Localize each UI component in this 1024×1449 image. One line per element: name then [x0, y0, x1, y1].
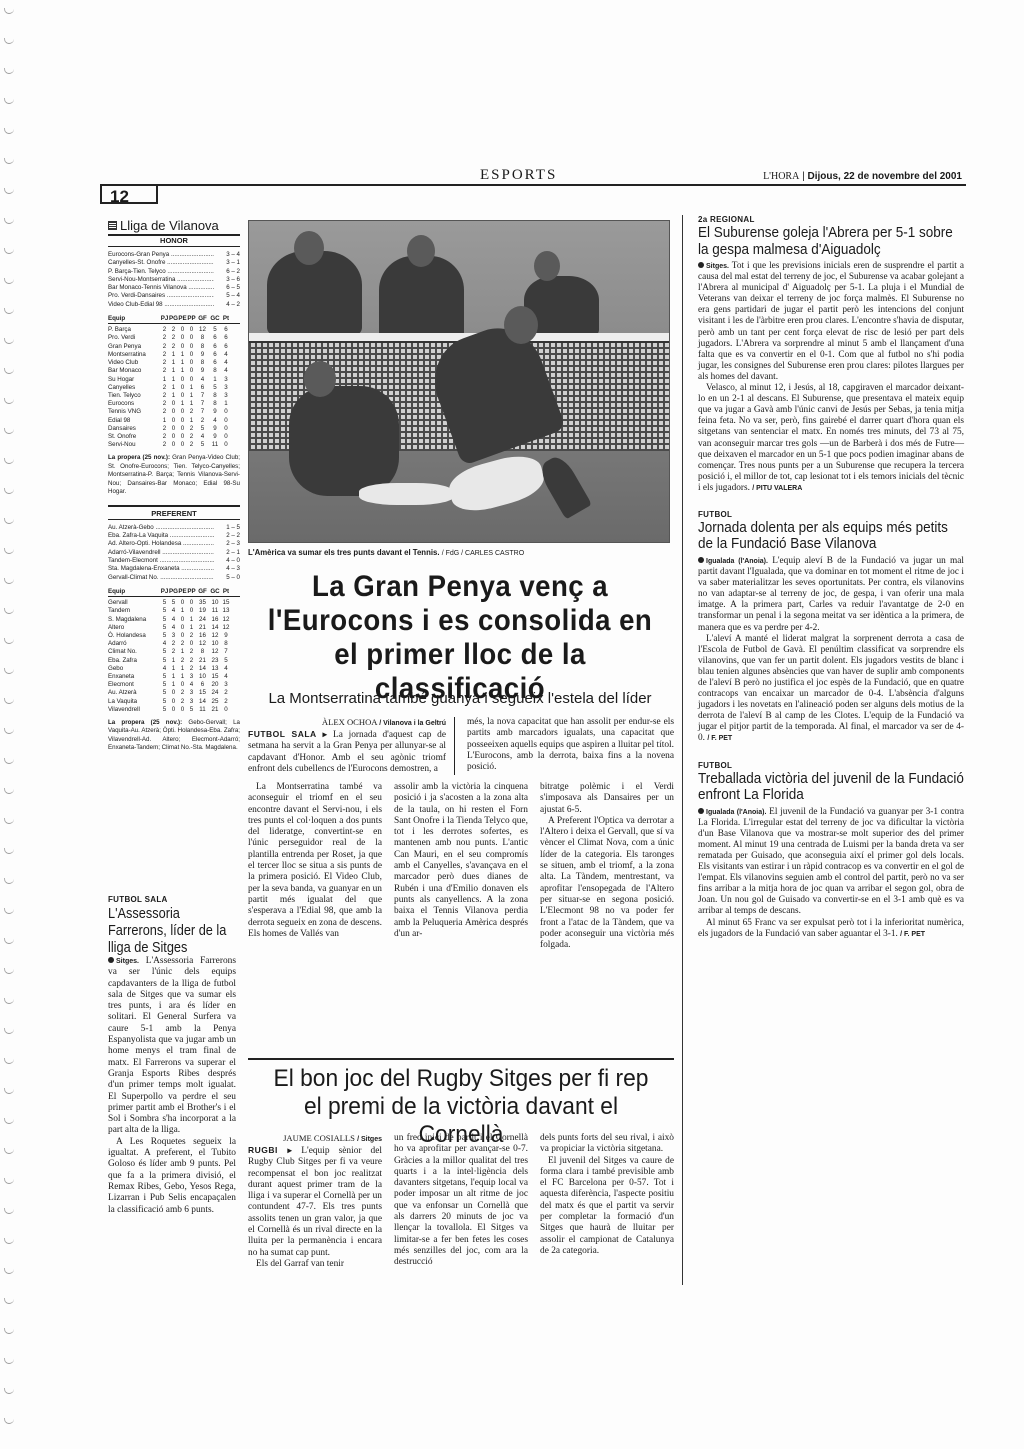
standings-row: Climat No.52128127: [108, 648, 240, 656]
stat-cell: 1: [169, 392, 178, 400]
stat-cell: 3: [221, 376, 231, 384]
result-row: Pro. Verdi-Dansaires5 – 4: [108, 292, 240, 300]
stat-cell: 5: [169, 599, 178, 607]
stat-cell: 2: [160, 441, 169, 449]
team-name: Bar Monaco: [108, 367, 160, 375]
story-location: Igualada (l'Anoia).: [706, 809, 766, 816]
stat-cell: 8: [196, 334, 209, 342]
stat-cell: 0: [221, 706, 231, 714]
result-row: Tandem-Elecmont4 – 0: [108, 557, 240, 565]
intro-column-1: ÀLEX OCHOA / Vilanova i la Geltrú FUTBOL…: [248, 717, 455, 775]
stat-cell: 0: [169, 706, 178, 714]
preferent-results: Au. Atzerà-Gebo1 – 5Eba. Zafra-La Vaquit…: [108, 524, 240, 582]
standings-row: St. Onofre2002490: [108, 433, 240, 441]
stat-cell: 5: [160, 673, 169, 681]
stat-cell: 6: [221, 326, 231, 334]
stat-cell: 4: [169, 616, 178, 624]
stat-cell: 4: [169, 607, 178, 615]
match-score: 2 – 3: [214, 540, 240, 548]
standings-row: Video Club2110864: [108, 359, 240, 367]
match-name: Tandem-Elecmont: [108, 557, 214, 565]
stat-cell: 6: [209, 343, 221, 351]
team-name: Tien. Telyco: [108, 392, 160, 400]
standings-row: La Vaquita502314252: [108, 698, 240, 706]
header-rule: [100, 184, 966, 186]
stat-cell: 2: [187, 648, 196, 656]
stat-cell: 5: [160, 632, 169, 640]
stat-cell: 7: [196, 392, 209, 400]
stat-cell: 12: [209, 648, 221, 656]
stat-cell: 5: [209, 384, 221, 392]
body-column-3b: A Preferent l'Optica va derrotar a l'Alt…: [540, 816, 674, 952]
stat-cell: 8: [196, 359, 209, 367]
main-intro: ÀLEX OCHOA / Vilanova i la Geltrú FUTBOL…: [248, 717, 674, 775]
stat-cell: 2: [187, 425, 196, 433]
stat-cell: 5: [160, 624, 169, 632]
honor-standings: EquipPJPGPEPPGFGCPt P. Barça22001256Pro.…: [108, 315, 240, 449]
caption-text: L'Amèrica va sumar els tres punts davant…: [248, 548, 440, 557]
team-name: Elecmont: [108, 681, 160, 689]
stat-cell: 2: [169, 326, 178, 334]
stat-cell: 2: [160, 384, 169, 392]
stat-cell: 11: [209, 607, 221, 615]
result-row: Canyelles-St. Onofre3 – 1: [108, 259, 240, 267]
result-row: P. Barça-Tien. Telyco6 – 2: [108, 268, 240, 276]
intro-column-2: més, la nova capacitat que han assolit p…: [467, 717, 674, 775]
result-row: Sta. Magdalena-Enxaneta4 – 3: [108, 565, 240, 573]
team-name: Eurocons: [108, 400, 160, 408]
stat-cell: 6: [221, 343, 231, 351]
result-row: Video Club-Edial 984 – 2: [108, 301, 240, 309]
stat-cell: 8: [209, 367, 221, 375]
stat-cell: 8: [221, 640, 231, 648]
team-name: Gran Penya: [108, 343, 160, 351]
standings-row: Canyelles2101653: [108, 384, 240, 392]
stat-cell: 0: [178, 632, 187, 640]
stat-cell: 2: [169, 648, 178, 656]
match-score: 2 – 1: [214, 549, 240, 557]
stat-cell: 0: [187, 359, 196, 367]
stat-cell: 5: [160, 681, 169, 689]
match-name: Pro. Verdi-Dansaires: [108, 292, 214, 300]
team-name: Tandem: [108, 607, 160, 615]
column-header: PE: [178, 315, 187, 323]
stat-cell: 0: [169, 441, 178, 449]
stat-cell: 3: [221, 681, 231, 689]
column-header: GF: [196, 315, 209, 323]
honor-standings-header: EquipPJPGPEPPGFGCPt: [108, 315, 240, 324]
team-name: Climat No.: [108, 648, 160, 656]
stat-cell: 1: [160, 376, 169, 384]
stat-cell: 5: [221, 657, 231, 665]
story-paragraph: L'Assessoria Farrerons va ser l'únic del…: [108, 956, 236, 1135]
section-title: ESPORTS: [480, 167, 557, 184]
rugby-body-columns: JAUME COSIALLS / Sitges RUGBI ▸ L'equip …: [248, 1133, 674, 1270]
standings-row: Servi-Nou20025110: [108, 441, 240, 449]
stat-cell: 21: [196, 657, 209, 665]
column-header: GF: [196, 588, 209, 596]
stat-cell: 1: [187, 392, 196, 400]
stat-cell: 6: [196, 681, 209, 689]
preferent-next-fixtures: La propera (25 nov.): Gebo-Gervall; La V…: [108, 719, 240, 753]
stat-cell: 1: [178, 673, 187, 681]
story-paragraph: El juvenil de la Fundació va guanyar per…: [698, 807, 964, 917]
rugby-text: Els del Garraf van tenir: [248, 1259, 382, 1270]
stat-cell: 2: [196, 417, 209, 425]
standings-row: Tennis VNG2002790: [108, 408, 240, 416]
bullet-icon: [698, 262, 704, 268]
stat-cell: 8: [209, 392, 221, 400]
stat-cell: 0: [169, 400, 178, 408]
team-name: Su Hogar: [108, 376, 160, 384]
bullet-icon: [698, 557, 704, 563]
team-name: Altero: [108, 624, 160, 632]
column-header: PJ: [160, 315, 169, 323]
stat-cell: 1: [178, 359, 187, 367]
stat-cell: 0: [178, 334, 187, 342]
team-name: La Vaquita: [108, 698, 160, 706]
honor-results: Eurocons-Gran Penya3 – 4Canyelles-St. On…: [108, 251, 240, 309]
team-name: Gervall: [108, 599, 160, 607]
stat-cell: 5: [187, 706, 196, 714]
match-score: 2 – 2: [214, 532, 240, 540]
main-deck: La Montserratina també guanya i segueix …: [250, 690, 670, 707]
column-header: PG: [169, 315, 178, 323]
standings-row: P. Barça22001256: [108, 326, 240, 334]
stat-cell: 1: [169, 665, 178, 673]
runin-label: RUGBI ▸: [248, 1145, 292, 1155]
story-title: Treballada victòria del juvenil de la Fu…: [698, 771, 964, 804]
standings-row: Gebo411214134: [108, 665, 240, 673]
stat-cell: 2: [169, 334, 178, 342]
photo-caption: L'Amèrica va sumar els tres punts davant…: [248, 548, 678, 557]
stat-cell: 2: [160, 392, 169, 400]
stat-cell: 0: [169, 698, 178, 706]
stat-cell: 0: [169, 425, 178, 433]
stat-cell: 0: [221, 417, 231, 425]
team-name: Servi-Nou: [108, 441, 160, 449]
stat-cell: 15: [196, 689, 209, 697]
stat-cell: 6: [196, 384, 209, 392]
stat-cell: 2: [178, 689, 187, 697]
column-header: PJ: [160, 588, 169, 596]
stat-cell: 6: [221, 334, 231, 342]
stat-cell: 8: [196, 343, 209, 351]
stat-cell: 2: [187, 657, 196, 665]
stat-cell: 0: [221, 425, 231, 433]
match-name: Canyelles-St. Onofre: [108, 259, 214, 267]
standings-row: Gervall5500351015: [108, 599, 240, 607]
stat-cell: 1: [187, 616, 196, 624]
stat-cell: 1: [178, 351, 187, 359]
standings-row: S. Magdalena5401241612: [108, 616, 240, 624]
standings-row: Eurocons2011781: [108, 400, 240, 408]
team-name: Vilavendrell: [108, 706, 160, 714]
rugby-text: dels punts forts del seu rival, i això v…: [540, 1133, 674, 1156]
byline-place: / Vilanova i la Geltrú: [379, 720, 446, 727]
story-signature: / PITU VALERA: [752, 485, 802, 492]
stat-cell: 19: [196, 607, 209, 615]
stat-cell: 4: [169, 624, 178, 632]
stat-cell: 4: [221, 351, 231, 359]
stat-cell: 0: [178, 376, 187, 384]
bullet-icon: [698, 808, 704, 814]
stat-cell: 0: [169, 417, 178, 425]
bullet-icon: [108, 957, 114, 963]
honor-next-fixtures: La propera (25 nov.): Gran Penya-Video C…: [108, 454, 240, 497]
team-name: Pro. Verdi: [108, 334, 160, 342]
rugby-text: un fred inici de partit i el Cornellà ho…: [394, 1133, 528, 1269]
stat-cell: 2: [169, 343, 178, 351]
stat-cell: 1: [169, 351, 178, 359]
stat-cell: 0: [187, 343, 196, 351]
team-name: S. Magdalena: [108, 616, 160, 624]
column-header: GC: [209, 588, 221, 596]
stat-cell: 3: [187, 689, 196, 697]
stat-cell: 12: [221, 624, 231, 632]
preferent-standings: EquipPJPGPEPPGFGCPt Gervall5500351015Tan…: [108, 588, 240, 714]
stat-cell: 0: [187, 640, 196, 648]
column-rule: [682, 215, 683, 1285]
stat-cell: 21: [196, 624, 209, 632]
stat-cell: 0: [187, 376, 196, 384]
stat-cell: 1: [169, 376, 178, 384]
stat-cell: 35: [196, 599, 209, 607]
byline: ÀLEX OCHOA / Vilanova i la Geltrú: [248, 717, 446, 729]
stat-cell: 2: [160, 408, 169, 416]
stat-cell: 0: [178, 441, 187, 449]
stat-cell: 4: [221, 367, 231, 375]
stat-cell: 4: [221, 359, 231, 367]
stat-cell: 5: [209, 326, 221, 334]
column-header: GC: [209, 315, 221, 323]
match-name: Eurocons-Gran Penya: [108, 251, 214, 259]
match-name: Gervall-Climat No.: [108, 574, 214, 582]
standings-row: Tien. Telyco2101783: [108, 392, 240, 400]
stat-cell: 2: [160, 359, 169, 367]
stat-cell: 7: [196, 400, 209, 408]
league-title-text: Lliga de Vilanova: [120, 218, 219, 233]
stat-cell: 14: [196, 665, 209, 673]
stat-cell: 2: [187, 632, 196, 640]
stat-cell: 4: [160, 640, 169, 648]
stat-cell: 24: [209, 689, 221, 697]
stat-cell: 0: [178, 417, 187, 425]
story-paragraph: A Les Roquetes segueix la igualtat. A pr…: [108, 1137, 236, 1216]
stat-cell: 1: [209, 376, 221, 384]
stat-cell: 1: [187, 400, 196, 408]
match-score: 4 – 2: [214, 301, 240, 309]
stat-cell: 0: [178, 326, 187, 334]
stat-cell: 2: [221, 698, 231, 706]
standings-row: Eba. Zafra512221235: [108, 657, 240, 665]
team-name: Au. Atzerà: [108, 689, 160, 697]
standings-row: Altero5401211412: [108, 624, 240, 632]
result-row: Bar Monaco-Tennis Vilanova6 – 5: [108, 284, 240, 292]
stat-cell: 1: [221, 400, 231, 408]
stat-cell: 2: [221, 689, 231, 697]
stat-cell: 0: [178, 425, 187, 433]
story-title: Jornada dolenta per als equips més petit…: [698, 520, 964, 553]
stat-cell: 1: [169, 384, 178, 392]
stat-cell: 15: [209, 673, 221, 681]
stat-cell: 2: [160, 400, 169, 408]
story-kicker: FUTBOL SALA: [108, 895, 236, 904]
match-score: 1 – 5: [214, 524, 240, 532]
stat-cell: 20: [209, 681, 221, 689]
standings-row: Montserratina2110964: [108, 351, 240, 359]
stat-cell: 1: [169, 673, 178, 681]
stat-cell: 2: [178, 640, 187, 648]
stat-cell: 11: [209, 441, 221, 449]
match-score: 6 – 2: [214, 268, 240, 276]
stat-cell: 5: [160, 607, 169, 615]
stat-cell: 0: [187, 607, 196, 615]
brief-fundacio-alevi: FUTBOL Jornada dolenta per als equips mé…: [698, 510, 964, 745]
binding-holes: [4, 0, 18, 1449]
page-number: 12: [110, 187, 129, 207]
stat-cell: 0: [178, 599, 187, 607]
stat-cell: 14: [196, 698, 209, 706]
team-name: P. Barça: [108, 326, 160, 334]
team-name: Montserratina: [108, 351, 160, 359]
stat-cell: 9: [209, 408, 221, 416]
team-name: Adarró: [108, 640, 160, 648]
team-name: Ò. Holandesa: [108, 632, 160, 640]
stat-cell: 8: [209, 400, 221, 408]
stat-cell: 1: [178, 607, 187, 615]
result-row: Ad. Altero-Òpti. Holandesa2 – 3: [108, 540, 240, 548]
stat-cell: 9: [221, 632, 231, 640]
stat-cell: 0: [169, 433, 178, 441]
team-name: Enxaneta: [108, 673, 160, 681]
stat-cell: 0: [187, 334, 196, 342]
stat-cell: 5: [160, 706, 169, 714]
rugby-text: L'equip sènior del Rugby Club Sitges per…: [248, 1146, 382, 1258]
stat-cell: 0: [178, 392, 187, 400]
stat-cell: 24: [196, 616, 209, 624]
stat-cell: 5: [160, 599, 169, 607]
byline-name: JAUME COSIALLS: [283, 1133, 355, 1143]
match-score: 5 – 0: [214, 574, 240, 582]
stat-cell: 1: [187, 624, 196, 632]
photo-credit: / FdG / CARLES CASTRO: [442, 550, 524, 557]
stat-cell: 6: [209, 334, 221, 342]
standings-row: Su Hogar1100413: [108, 376, 240, 384]
result-row: Eurocons-Gran Penya3 – 4: [108, 251, 240, 259]
stat-cell: 12: [196, 640, 209, 648]
column-header: PP: [187, 588, 196, 596]
stat-cell: 9: [209, 425, 221, 433]
story-kicker: 2a REGIONAL: [698, 215, 964, 224]
stat-cell: 4: [196, 376, 209, 384]
main-headline: La Gran Penya venç a l'Eurocons i es con…: [267, 570, 653, 706]
match-name: Eba. Zafra-La Vaquita: [108, 532, 214, 540]
league-title: Lliga de Vilanova: [108, 218, 240, 233]
stat-cell: 2: [160, 351, 169, 359]
match-name: Sta. Magdalena-Enxaneta: [108, 565, 214, 573]
stat-cell: 1: [169, 359, 178, 367]
divider: [108, 505, 240, 507]
stat-cell: 7: [196, 408, 209, 416]
stat-cell: 2: [160, 334, 169, 342]
standings-row: Elecmont51046203: [108, 681, 240, 689]
stat-cell: 0: [221, 408, 231, 416]
stat-cell: 13: [209, 665, 221, 673]
stat-cell: 0: [178, 624, 187, 632]
page-number-box: 12: [100, 184, 158, 204]
preferent-standings-header: EquipPJPGPEPPGFGCPt: [108, 588, 240, 597]
stat-cell: 2: [178, 698, 187, 706]
column-header: Equip: [108, 588, 160, 596]
stat-cell: 3: [221, 392, 231, 400]
page-header: 12 ESPORTS L'HORA | Dijous, 22 de novemb…: [100, 170, 966, 206]
stat-cell: 1: [178, 648, 187, 656]
stat-cell: 2: [160, 343, 169, 351]
stat-cell: 5: [160, 616, 169, 624]
standings-row: Bar Monaco2110984: [108, 367, 240, 375]
stat-cell: 16: [209, 616, 221, 624]
stat-cell: 4: [221, 665, 231, 673]
stat-cell: 5: [196, 441, 209, 449]
stat-cell: 25: [209, 698, 221, 706]
stat-cell: 4: [221, 673, 231, 681]
stat-cell: 0: [187, 367, 196, 375]
stat-cell: 1: [160, 417, 169, 425]
story-location: Sitges.: [116, 958, 139, 965]
column-header: PE: [178, 588, 187, 596]
stat-cell: 14: [209, 624, 221, 632]
match-score: 6 – 5: [214, 284, 240, 292]
stat-cell: 1: [169, 681, 178, 689]
column-header: Equip: [108, 315, 160, 323]
stat-cell: 0: [221, 441, 231, 449]
stat-cell: 12: [221, 616, 231, 624]
stat-cell: 1: [169, 657, 178, 665]
stat-cell: 0: [187, 326, 196, 334]
stat-cell: 5: [196, 425, 209, 433]
result-row: Au. Atzerà-Gebo1 – 5: [108, 524, 240, 532]
stat-cell: 2: [160, 433, 169, 441]
stat-cell: 4: [209, 417, 221, 425]
column-header: Pt: [221, 315, 231, 323]
stat-cell: 2: [169, 640, 178, 648]
rugby-byline: JAUME COSIALLS / Sitges: [248, 1133, 382, 1145]
team-name: Eba. Zafra: [108, 657, 160, 665]
stat-cell: 9: [196, 351, 209, 359]
match-name: Ad. Altero-Òpti. Holandesa: [108, 540, 214, 548]
masthead: L'HORA | Dijous, 22 de novembre del 2001: [763, 171, 962, 182]
main-body-columns: La Montserratina també va aconseguir el …: [248, 782, 674, 951]
match-score: 3 – 6: [214, 276, 240, 284]
match-score: 5 – 4: [214, 292, 240, 300]
standings-row: Tandem5410191113: [108, 607, 240, 615]
stat-cell: 0: [187, 351, 196, 359]
story-paragraph: L'equip aleví B de la Fundació va jugar …: [698, 556, 964, 633]
section-divider: [248, 1058, 674, 1060]
newspaper-page: 12 ESPORTS L'HORA | Dijous, 22 de novemb…: [100, 170, 966, 1330]
stat-cell: 7: [221, 648, 231, 656]
story-kicker: FUTBOL: [698, 761, 964, 770]
stat-cell: 1: [178, 367, 187, 375]
stat-cell: 4: [160, 665, 169, 673]
result-row: Servi-Nou-Montserratina3 – 6: [108, 276, 240, 284]
stat-cell: 2: [187, 441, 196, 449]
standings-row: Dansaires2002590: [108, 425, 240, 433]
result-row: Adarró-Vilavendrell2 – 1: [108, 549, 240, 557]
stat-cell: 13: [221, 607, 231, 615]
stat-cell: 11: [196, 706, 209, 714]
